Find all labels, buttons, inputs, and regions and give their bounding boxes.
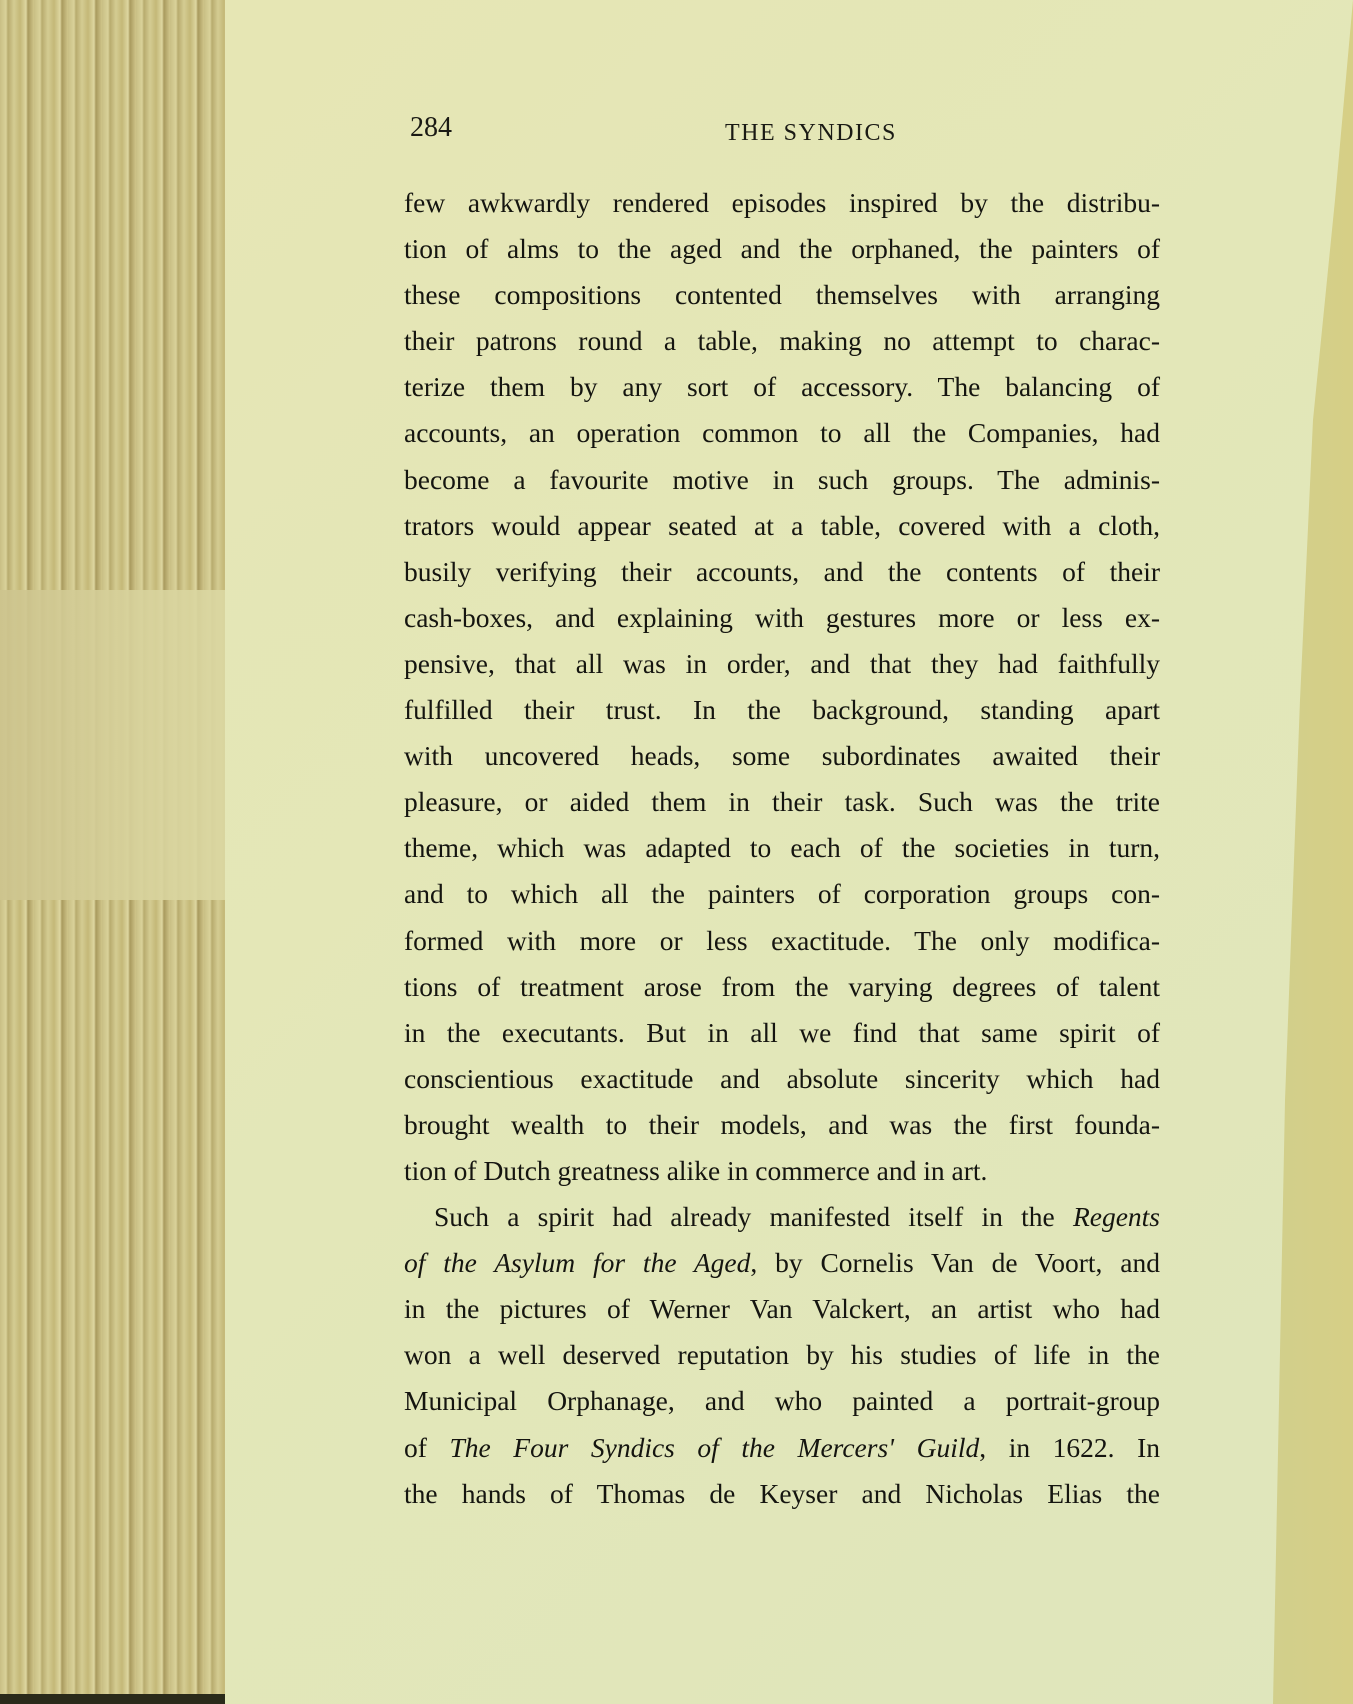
italic-title: of the Asylum for the Aged — [404, 1247, 750, 1278]
text-line: brought wealth to their models, and was … — [404, 1102, 1160, 1148]
text-line: fulfilled their trust. In the background… — [404, 687, 1160, 733]
text-line: Such a spirit had already manifested its… — [404, 1194, 1160, 1240]
text-line: of The Four Syndics of the Mercers' Guil… — [404, 1425, 1160, 1471]
text-line: and to which all the painters of corpora… — [404, 871, 1160, 917]
text-line: their patrons round a table, making no a… — [404, 318, 1160, 364]
text-line: trators would appear seated at a table, … — [404, 503, 1160, 549]
text-line: won a well deserved reputation by his st… — [404, 1332, 1160, 1378]
italic-title: The Four Syndics of the Mercers' Guild — [449, 1432, 979, 1463]
text-line: these compositions contented themselves … — [404, 272, 1160, 318]
text-line: formed with more or less exactitude. The… — [404, 918, 1160, 964]
text-line: in the pictures of Werner Van Valckert, … — [404, 1286, 1160, 1332]
book-page-edges — [0, 0, 240, 1704]
text-line: the hands of Thomas de Keyser and Nichol… — [404, 1471, 1160, 1517]
text-line: tion of Dutch greatness alike in commerc… — [404, 1148, 1160, 1194]
text-line: conscientious exactitude and absolute si… — [404, 1056, 1160, 1102]
gutter-shadow — [0, 1694, 240, 1704]
body-text: few awkwardly rendered episodes inspired… — [404, 180, 1160, 1517]
page-number: 284 — [410, 112, 452, 144]
chapter-title: THE SYNDICS — [725, 120, 897, 147]
text-line: of the Asylum for the Aged, by Cornelis … — [404, 1240, 1160, 1286]
text-line: with uncovered heads, some subordinates … — [404, 733, 1160, 779]
text-line: tion of alms to the aged and the orphane… — [404, 226, 1160, 272]
text-line: become a favourite motive in such groups… — [404, 457, 1160, 503]
text-line: terize them by any sort of accessory. Th… — [404, 364, 1160, 410]
text-line: tions of treatment arose from the varyin… — [404, 964, 1160, 1010]
text-line: theme, which was adapted to each of the … — [404, 825, 1160, 871]
text-line: pleasure, or aided them in their task. S… — [404, 779, 1160, 825]
paragraph-2: Such a spirit had already manifested its… — [404, 1194, 1160, 1517]
running-head: 284 THE SYNDICS — [410, 112, 1190, 152]
text-line: pensive, that all was in order, and that… — [404, 641, 1160, 687]
text-line: cash-boxes, and explaining with gestures… — [404, 595, 1160, 641]
italic-title: Regents — [1073, 1201, 1160, 1232]
text-line: accounts, an operation common to all the… — [404, 410, 1160, 456]
paragraph-1: few awkwardly rendered episodes inspired… — [404, 180, 1160, 1194]
text-line: in the executants. But in all we find th… — [404, 1010, 1160, 1056]
text-line: few awkwardly rendered episodes inspired… — [404, 180, 1160, 226]
text-line: busily verifying their accounts, and the… — [404, 549, 1160, 595]
text-line: Municipal Orphanage, and who painted a p… — [404, 1378, 1160, 1424]
